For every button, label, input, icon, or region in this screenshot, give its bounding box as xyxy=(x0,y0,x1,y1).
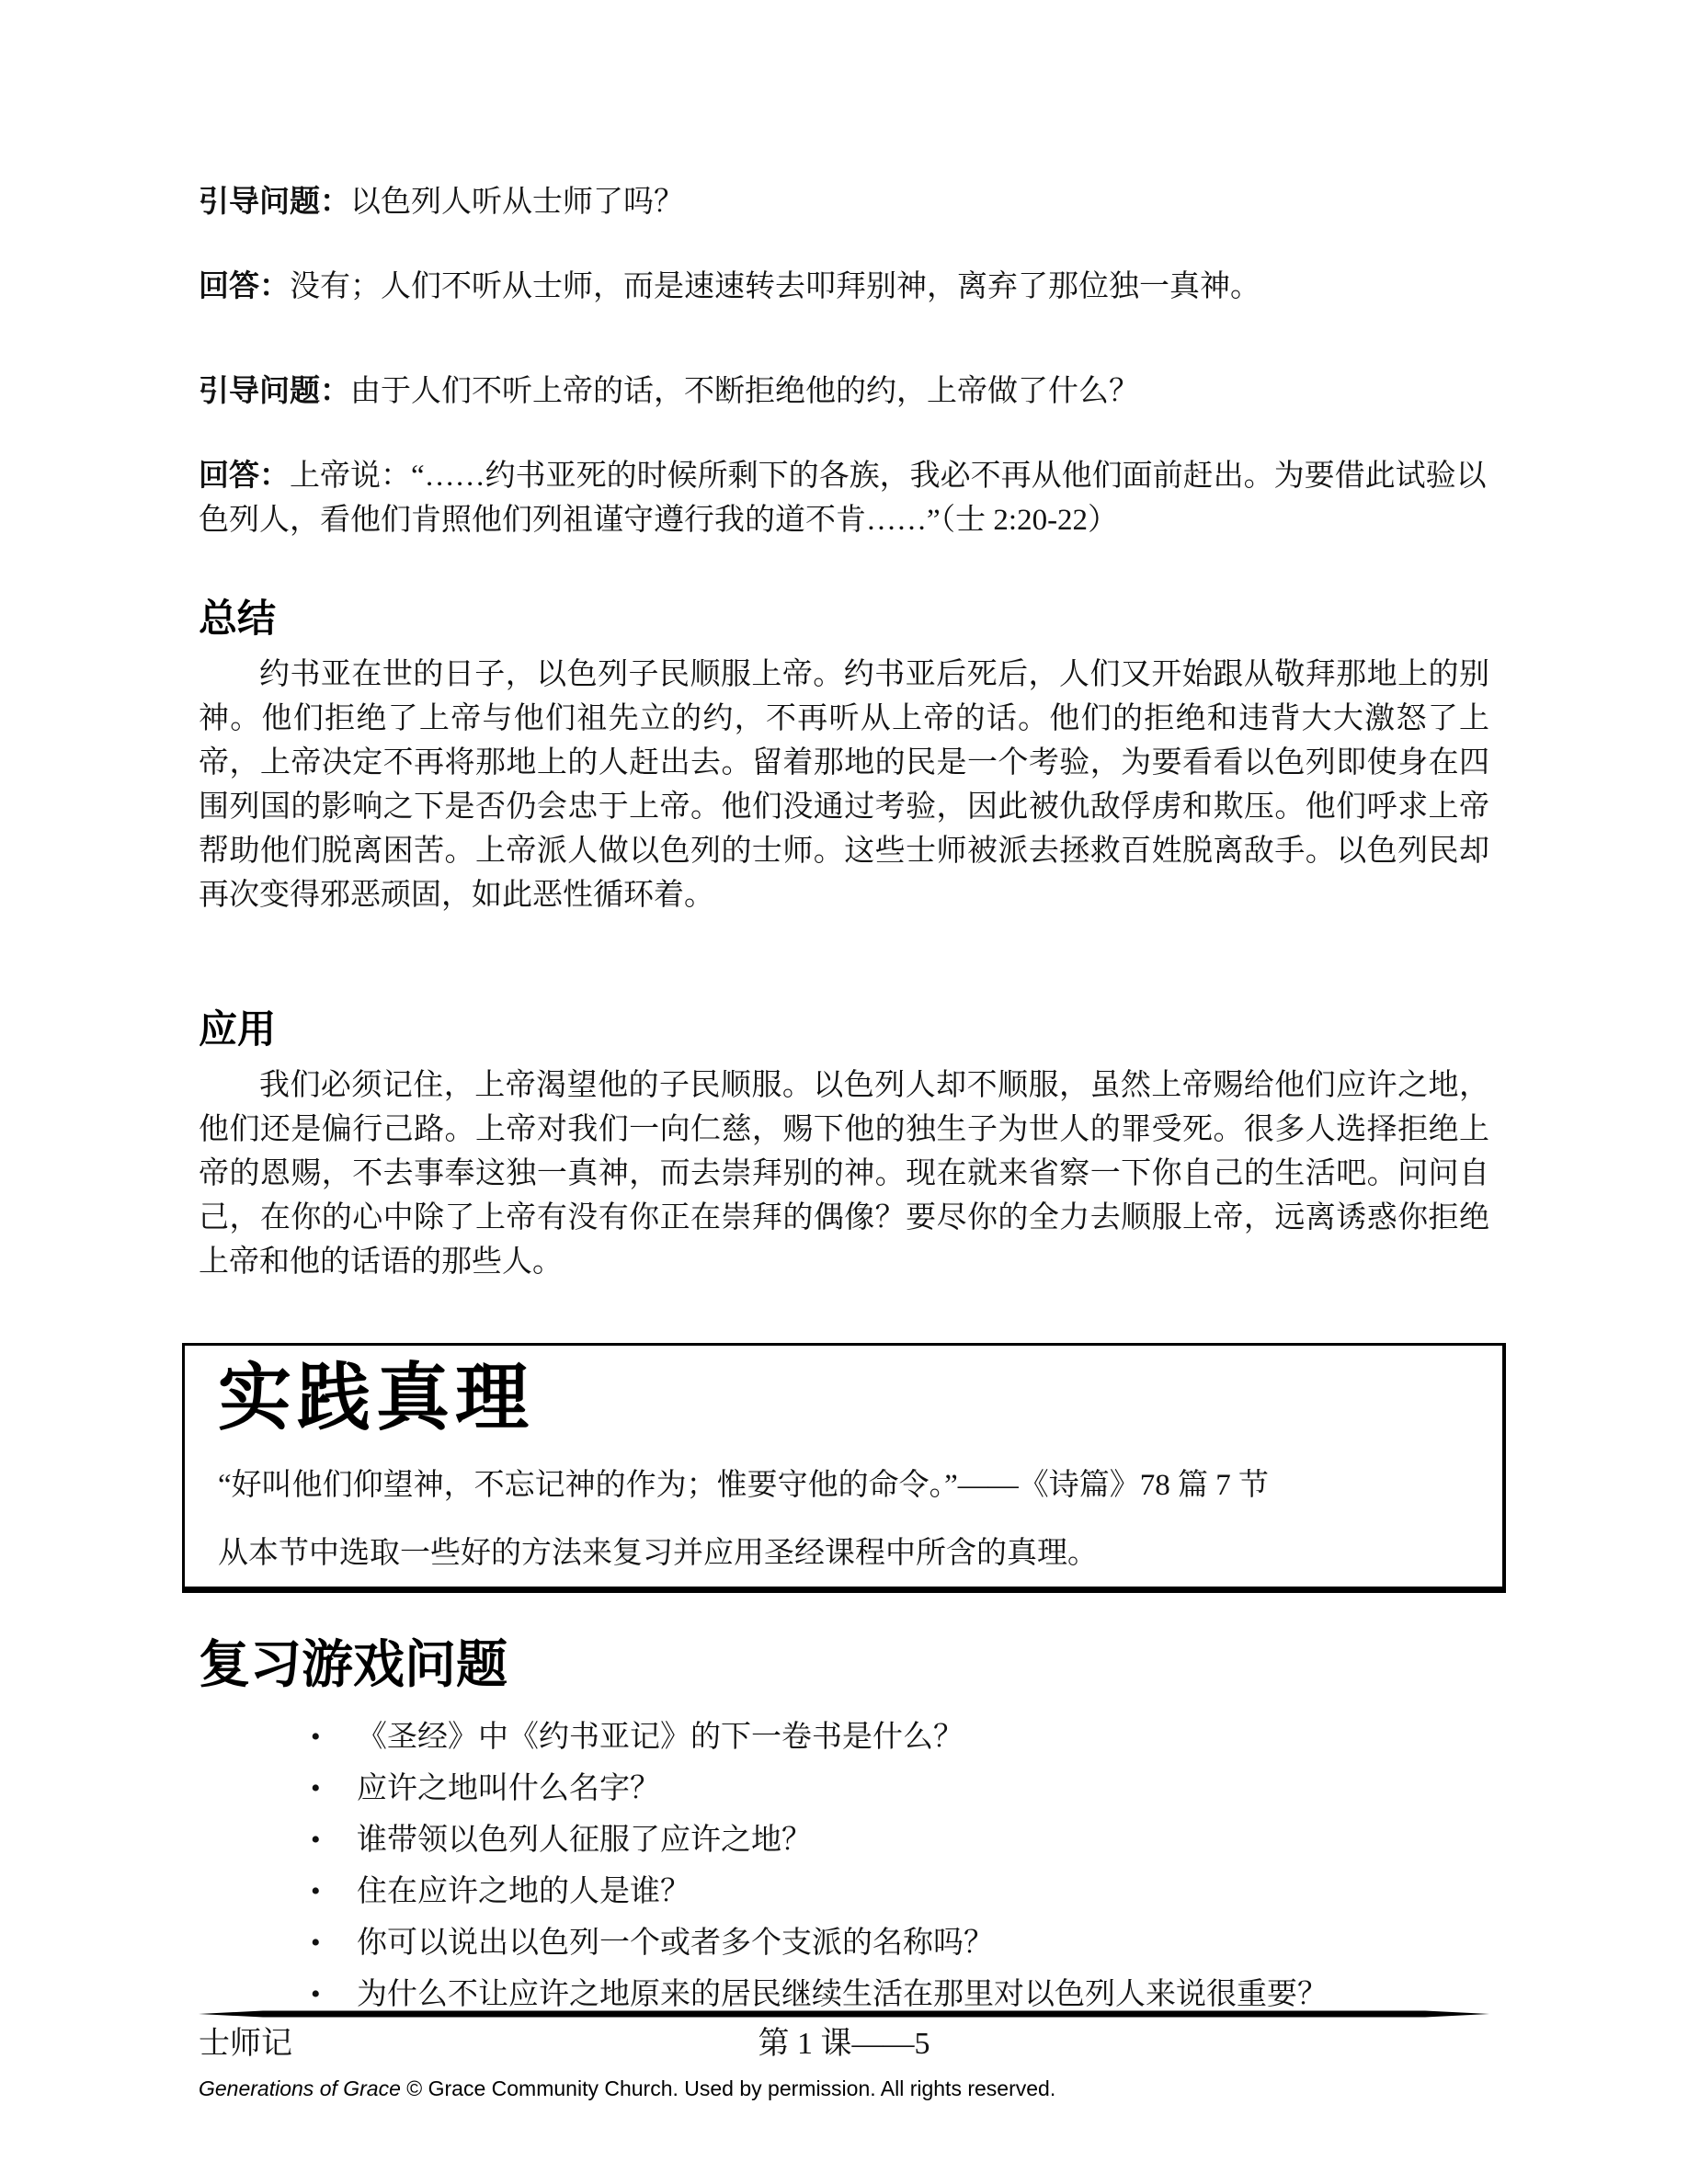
review-question: 你可以说出以色列一个或者多个支派的名称吗？ xyxy=(357,1921,994,1965)
footer-rule xyxy=(199,2009,1489,2019)
guiding-question-2: 引导问题：由于人们不听上帝的话，不断拒绝他的约，上帝做了什么？ xyxy=(199,370,1489,414)
guiding-question-1: 引导问题：以色列人听从士师了吗？ xyxy=(199,180,1489,224)
list-item: • 应许之地叫什么名字？ xyxy=(311,1767,1489,1811)
review-question: 应许之地叫什么名字？ xyxy=(357,1767,660,1811)
copyright-series-name: Generations of Grace xyxy=(199,2076,401,2100)
bullet-icon: • xyxy=(311,1921,357,1965)
answer-2: 回答：上帝说：“……约书亚死的时候所剩下的各族，我必不再从他们面前赶出。为要借此… xyxy=(199,454,1489,542)
list-item: • 住在应许之地的人是谁？ xyxy=(311,1870,1489,1914)
list-item: • 《圣经》中《约书亚记》的下一卷书是什么？ xyxy=(311,1715,1489,1759)
application-heading: 应用 xyxy=(199,1005,1489,1054)
copyright-line: Generations of Grace © Grace Community C… xyxy=(199,2076,1489,2101)
guiding-question-label: 引导问题： xyxy=(199,375,350,408)
summary-section: 总结 约书亚在世的日子，以色列子民顺服上帝。约书亚后死后，人们又开始跟从敬拜那地… xyxy=(199,594,1489,917)
practice-truth-heading: 实践真理 xyxy=(218,1357,1469,1438)
review-question: 住在应许之地的人是谁？ xyxy=(357,1870,690,1914)
review-question: 谁带领以色列人征服了应许之地？ xyxy=(357,1818,812,1862)
list-item: • 谁带领以色列人征服了应许之地？ xyxy=(311,1818,1489,1862)
answer-text: 没有；人们不听从士师，而是速速转去叩拜别神，离弃了那位独一真神。 xyxy=(290,270,1260,303)
review-game-heading: 复习游戏问题 xyxy=(199,1633,1489,1695)
answer-1: 回答：没有；人们不听从士师，而是速速转去叩拜别神，离弃了那位独一真神。 xyxy=(199,265,1489,309)
summary-paragraph: 约书亚在世的日子，以色列子民顺服上帝。约书亚后死后，人们又开始跟从敬拜那地上的别… xyxy=(199,653,1489,917)
practice-truth-box: 实践真理 “好叫他们仰望神，不忘记神的作为；惟要守他的命令。”——《诗篇》78 … xyxy=(182,1343,1506,1593)
answer-label: 回答： xyxy=(199,460,290,493)
summary-heading: 总结 xyxy=(199,594,1489,643)
guiding-question-text: 以色列人听从士师了吗？ xyxy=(350,186,684,219)
review-game-section: 复习游戏问题 • 《圣经》中《约书亚记》的下一卷书是什么？ • 应许之地叫什么名… xyxy=(199,1633,1489,2017)
list-item: • 你可以说出以色列一个或者多个支派的名称吗？ xyxy=(311,1921,1489,1965)
bullet-icon: • xyxy=(311,1767,357,1811)
application-section: 应用 我们必须记住，上帝渴望他的子民顺服。以色列人却不顺服，虽然上帝赐给他们应许… xyxy=(199,1005,1489,1284)
page-footer: 士师记 第 1 课——5 Generations of Grace © Grac… xyxy=(199,2009,1489,2101)
answer-text: 上帝说：“……约书亚死的时候所剩下的各族，我必不再从他们面前赶出。为要借此试验以… xyxy=(199,460,1487,537)
practice-truth-instruction: 从本节中选取一些好的方法来复习并应用圣经课程中所含的真理。 xyxy=(218,1531,1469,1575)
bullet-icon: • xyxy=(311,1715,357,1759)
application-paragraph: 我们必须记住，上帝渴望他的子民顺服。以色列人却不顺服，虽然上帝赐给他们应许之地，… xyxy=(199,1064,1489,1284)
guiding-question-text: 由于人们不听上帝的话，不断拒绝他的约，上帝做了什么？ xyxy=(350,375,1139,408)
practice-truth-verse: “好叫他们仰望神，不忘记神的作为；惟要守他的命令。”——《诗篇》78 篇 7 节 xyxy=(218,1463,1469,1507)
review-question-list: • 《圣经》中《约书亚记》的下一卷书是什么？ • 应许之地叫什么名字？ • 谁带… xyxy=(199,1715,1489,2017)
document-page: 引导问题：以色列人听从士师了吗？ 回答：没有；人们不听从士师，而是速速转去叩拜别… xyxy=(0,0,1688,2184)
footer-row: 士师记 第 1 课——5 xyxy=(199,2024,1489,2065)
answer-label: 回答： xyxy=(199,270,290,303)
bullet-icon: • xyxy=(311,1870,357,1914)
footer-page-number: 第 1 课——5 xyxy=(199,2024,1489,2065)
guiding-question-label: 引导问题： xyxy=(199,186,350,219)
review-question: 《圣经》中《约书亚记》的下一卷书是什么？ xyxy=(357,1715,964,1759)
copyright-text: © Grace Community Church. Used by permis… xyxy=(401,2076,1055,2100)
bullet-icon: • xyxy=(311,1818,357,1862)
